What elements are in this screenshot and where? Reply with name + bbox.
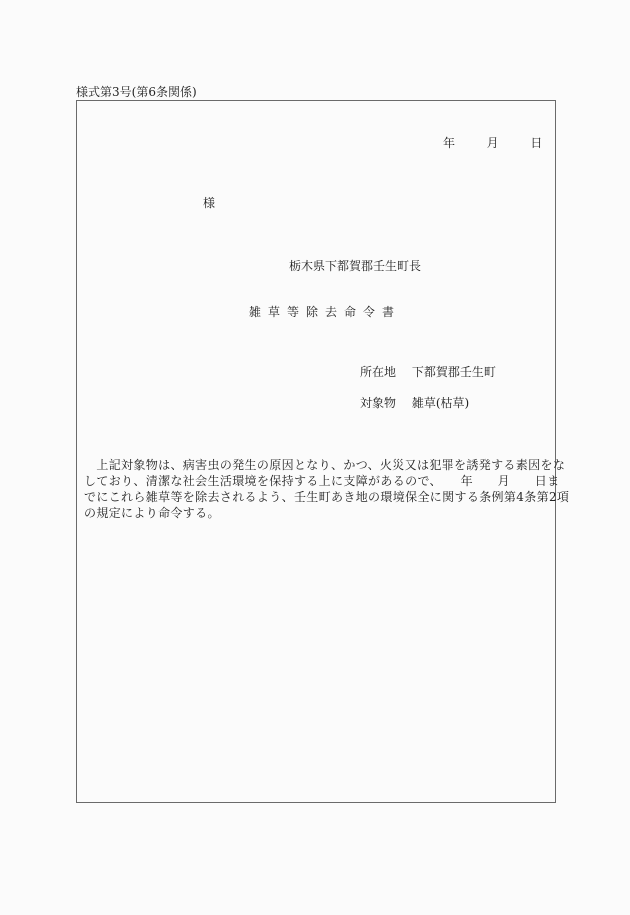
body-line: の規定により命令する。 bbox=[84, 505, 550, 521]
order-body-text: 上記対象物は、病害虫の発生の原因となり、かつ、火災又は犯罪を誘発する素因をな し… bbox=[84, 457, 550, 521]
year-label: 年 bbox=[443, 134, 455, 151]
body-line: しており、清潔な社会生活環境を保持する上に支障があるので、 年 月 日ま bbox=[84, 473, 550, 489]
object-label: 対象物 bbox=[360, 394, 408, 411]
day-label: 日 bbox=[530, 134, 542, 151]
object-field: 対象物 雑草(枯草) bbox=[360, 394, 469, 411]
object-value: 雑草(枯草) bbox=[412, 396, 469, 410]
document-frame: 年 月 日 様 栃木県下都賀郡壬生町長 雑草等除去命令書 所在地 下都賀郡壬生町… bbox=[76, 100, 556, 803]
issue-date: 年 月 日 bbox=[443, 134, 542, 151]
body-line: 上記対象物は、病害虫の発生の原因となり、かつ、火災又は犯罪を誘発する素因をな bbox=[84, 457, 550, 473]
form-number-label: 様式第3号(第6条関係) bbox=[76, 83, 197, 100]
month-label: 月 bbox=[487, 134, 499, 151]
issuer-name: 栃木県下都賀郡壬生町長 bbox=[289, 257, 421, 274]
document-title: 雑草等除去命令書 bbox=[249, 303, 401, 320]
body-line: でにこれら雑草等を除去されるよう、壬生町あき地の環境保全に関する条例第4条第2項 bbox=[84, 489, 550, 505]
location-value: 下都賀郡壬生町 bbox=[412, 365, 496, 379]
location-field: 所在地 下都賀郡壬生町 bbox=[360, 363, 496, 380]
addressee-honorific: 様 bbox=[203, 194, 215, 211]
location-label: 所在地 bbox=[360, 363, 408, 380]
